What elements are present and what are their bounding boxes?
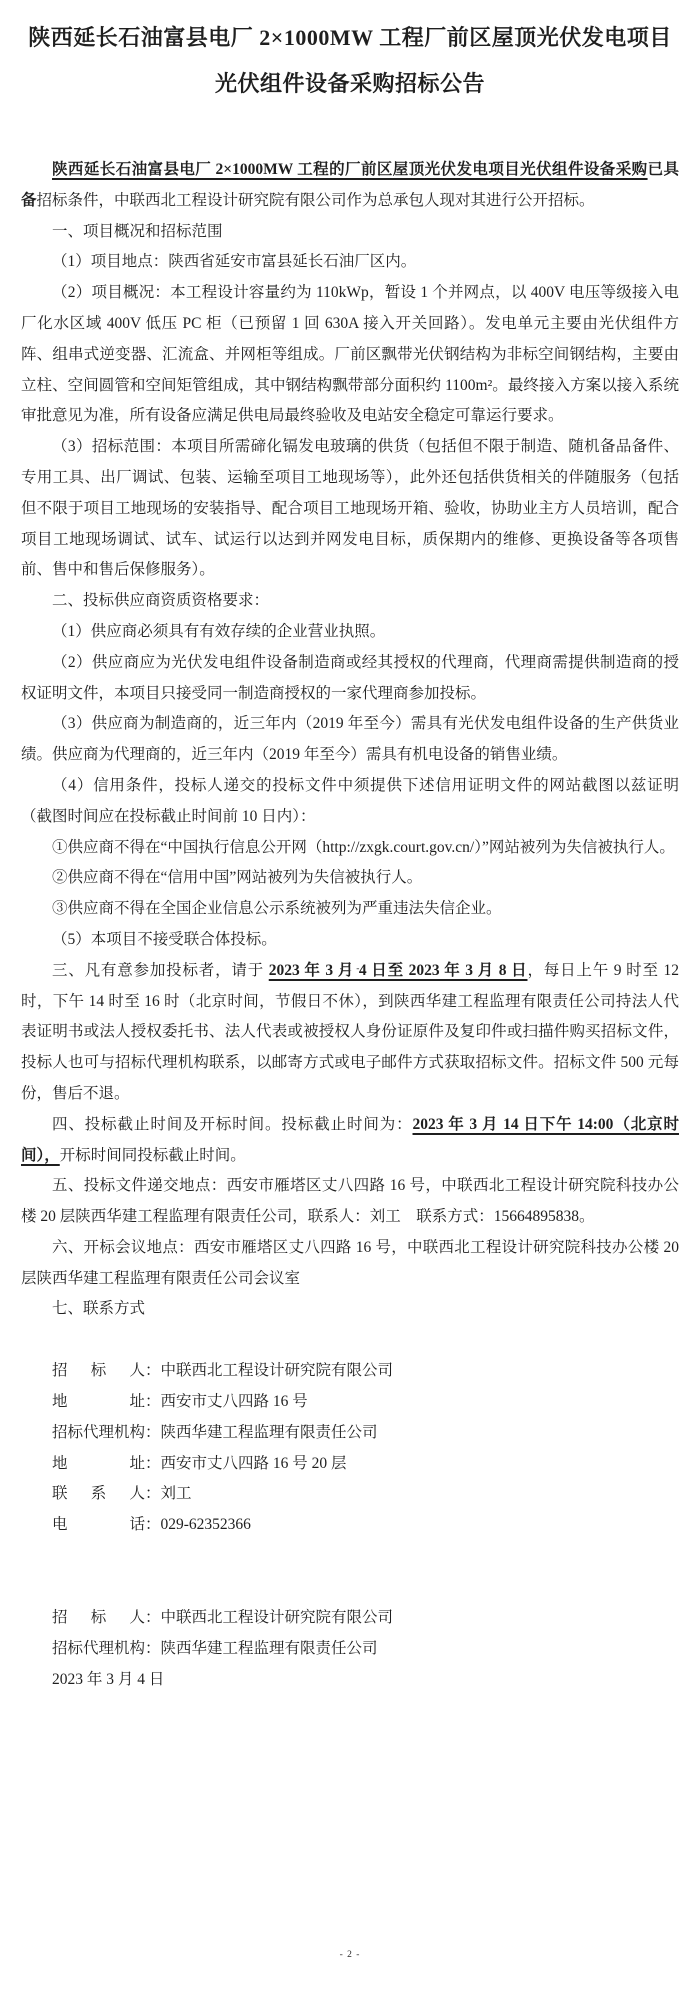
tender-announcement-document: 陕西延长石油富县电厂 2×1000MW 工程厂前区屋顶光伏发电项目 光伏组件设备… [0,0,700,2000]
page-number-2: - 2 - [0,1950,700,1960]
contact-value: 中联西北工程设计研究院有限公司 [161,1609,394,1626]
contact-colon: ： [145,1609,161,1626]
contact-value: 陕西华建工程监理有限责任公司 [161,1640,378,1657]
contact-value: 中联西北工程设计研究院有限公司 [161,1362,394,1379]
section-4-paragraph: 四、投标截止时间及开标时间。投标截止时间为：2023 年 3 月 14 日下午 … [21,1110,679,1172]
clause-tender-scope: （3）招标范围：本项目所需碲化镉发电玻璃的供货（包括但不限于制造、随机备品备件、… [21,432,679,586]
document-title-line2: 光伏组件设备采购招标公告 [215,71,485,96]
contact-label: 地址 [52,1387,145,1418]
contact-value: 西安市丈八四路 16 号 20 层 [161,1455,347,1472]
clause-project-location: （1）项目地点：陕西省延安市富县延长石油厂区内。 [21,247,679,278]
clause-performance-record: （3）供应商为制造商的，近三年内（2019 年至今）需具有光伏发电组件设备的生产… [21,709,679,771]
contact-colon: ： [145,1455,161,1472]
contact-block-1: 招标人：中联西北工程设计研究院有限公司 地址：西安市丈八四路 16 号 招标代理… [21,1356,679,1541]
contact-colon: ： [145,1424,161,1441]
document-title: 陕西延长石油富县电厂 2×1000MW 工程厂前区屋顶光伏发电项目 光伏组件设备… [21,15,679,107]
contact-value: 刘工 [161,1485,192,1502]
contact-label: 电话 [52,1510,145,1541]
contact-row-person: 联系人：刘工 [52,1479,679,1510]
document-title-line1: 陕西延长石油富县电厂 2×1000MW 工程厂前区屋顶光伏发电项目 [28,25,671,50]
contact-row-address: 地址：西安市丈八四路 16 号 [52,1387,679,1418]
contact-colon: ： [145,1393,161,1410]
contact-colon: ： [145,1485,161,1502]
section-7-heading: 七、联系方式 [21,1294,679,1325]
intro-rest: 招标条件，中联西北工程设计研究院有限公司作为总承包人现对其进行公开招标。 [37,192,595,209]
credit-item-1: ①供应商不得在“中国执行信息公开网（http://zxgk.court.gov.… [21,833,679,864]
clause-project-overview: （2）项目概况：本工程设计容量约为 110kWp，暂设 1 个并网点，以 400… [21,278,679,432]
signature-row-agency: 招标代理机构：陕西华建工程监理有限责任公司 [52,1634,679,1665]
credit-item-3: ③供应商不得在全国企业信息公示系统被列为严重违法失信企业。 [21,894,679,925]
section-6-paragraph: 六、开标会议地点：西安市雁塔区丈八四路 16 号，中联西北工程设计研究院科技办公… [21,1233,679,1295]
section-4-pre: 四、投标截止时间及开标时间。投标截止时间为： [52,1116,413,1133]
contact-label: 招标代理机构 [52,1418,145,1449]
section-5-paragraph: 五、投标文件递交地点：西安市雁塔区丈八四路 16 号，中联西北工程设计研究院科技… [21,1171,679,1233]
clause-business-license: （1）供应商必须具有有效存续的企业营业执照。 [21,617,679,648]
contact-value: 陕西华建工程监理有限责任公司 [161,1424,378,1441]
section-4-post: 开标时间同投标截止时间。 [60,1147,246,1164]
clause-credit-condition: （4）信用条件，投标人递交的投标文件中须提供下述信用证明文件的网站截图以兹证明（… [21,771,679,833]
signature-date: 2023 年 3 月 4 日 [52,1665,679,1696]
contact-colon: ： [145,1516,161,1533]
contact-label: 联系人 [52,1479,145,1510]
section-1-heading: 一、项目概况和招标范围 [21,217,679,248]
contact-colon: ： [145,1362,161,1379]
project-name-underlined: 陕西延长石油富县电厂 2×1000MW 工程的厂前区屋顶光伏发电项目光伏组件设备… [52,161,648,178]
contact-colon: ： [145,1640,161,1657]
contact-row-tenderer: 招标人：中联西北工程设计研究院有限公司 [52,1356,679,1387]
contact-row-phone: 电话：029-62352366 [52,1510,679,1541]
contact-row-agency: 招标代理机构：陕西华建工程监理有限责任公司 [52,1418,679,1449]
section-3-paragraph: 三、凡有意参加投标者，请于 2023 年 3 月 4 日至 2023 年 3 月… [21,956,679,1110]
signature-block: 招标人：中联西北工程设计研究院有限公司 招标代理机构：陕西华建工程监理有限责任公… [21,1603,679,1695]
intro-paragraph: 陕西延长石油富县电厂 2×1000MW 工程的厂前区屋顶光伏发电项目光伏组件设备… [21,155,679,217]
contact-value: 西安市丈八四路 16 号 [161,1393,308,1410]
contact-label: 招标人 [52,1603,145,1634]
contact-label: 招标代理机构 [52,1634,145,1665]
clause-manufacturer-or-agent: （2）供应商应为光伏发电组件设备制造商或经其授权的代理商，代理商需提供制造商的授… [21,648,679,710]
contact-value: 029-62352366 [161,1516,251,1533]
contact-label: 招标人 [52,1356,145,1387]
document-body: 陕西延长石油富县电厂 2×1000MW 工程的厂前区屋顶光伏发电项目光伏组件设备… [21,155,679,1695]
section-3-post: ，每日上午 9 时至 12 时，下午 14 时至 16 时（北京时间，节假日不休… [21,962,679,1102]
page-number-1: - 1 - [0,964,700,974]
section-2-heading: 二、投标供应商资质资格要求： [21,586,679,617]
signature-row-tenderer: 招标人：中联西北工程设计研究院有限公司 [52,1603,679,1634]
credit-item-2: ②供应商不得在“信用中国”网站被列为失信被执行人。 [21,863,679,894]
contact-label: 地址 [52,1449,145,1480]
clause-no-consortium: （5）本项目不接受联合体投标。 [21,925,679,956]
contact-row-agency-address: 地址：西安市丈八四路 16 号 20 层 [52,1449,679,1480]
